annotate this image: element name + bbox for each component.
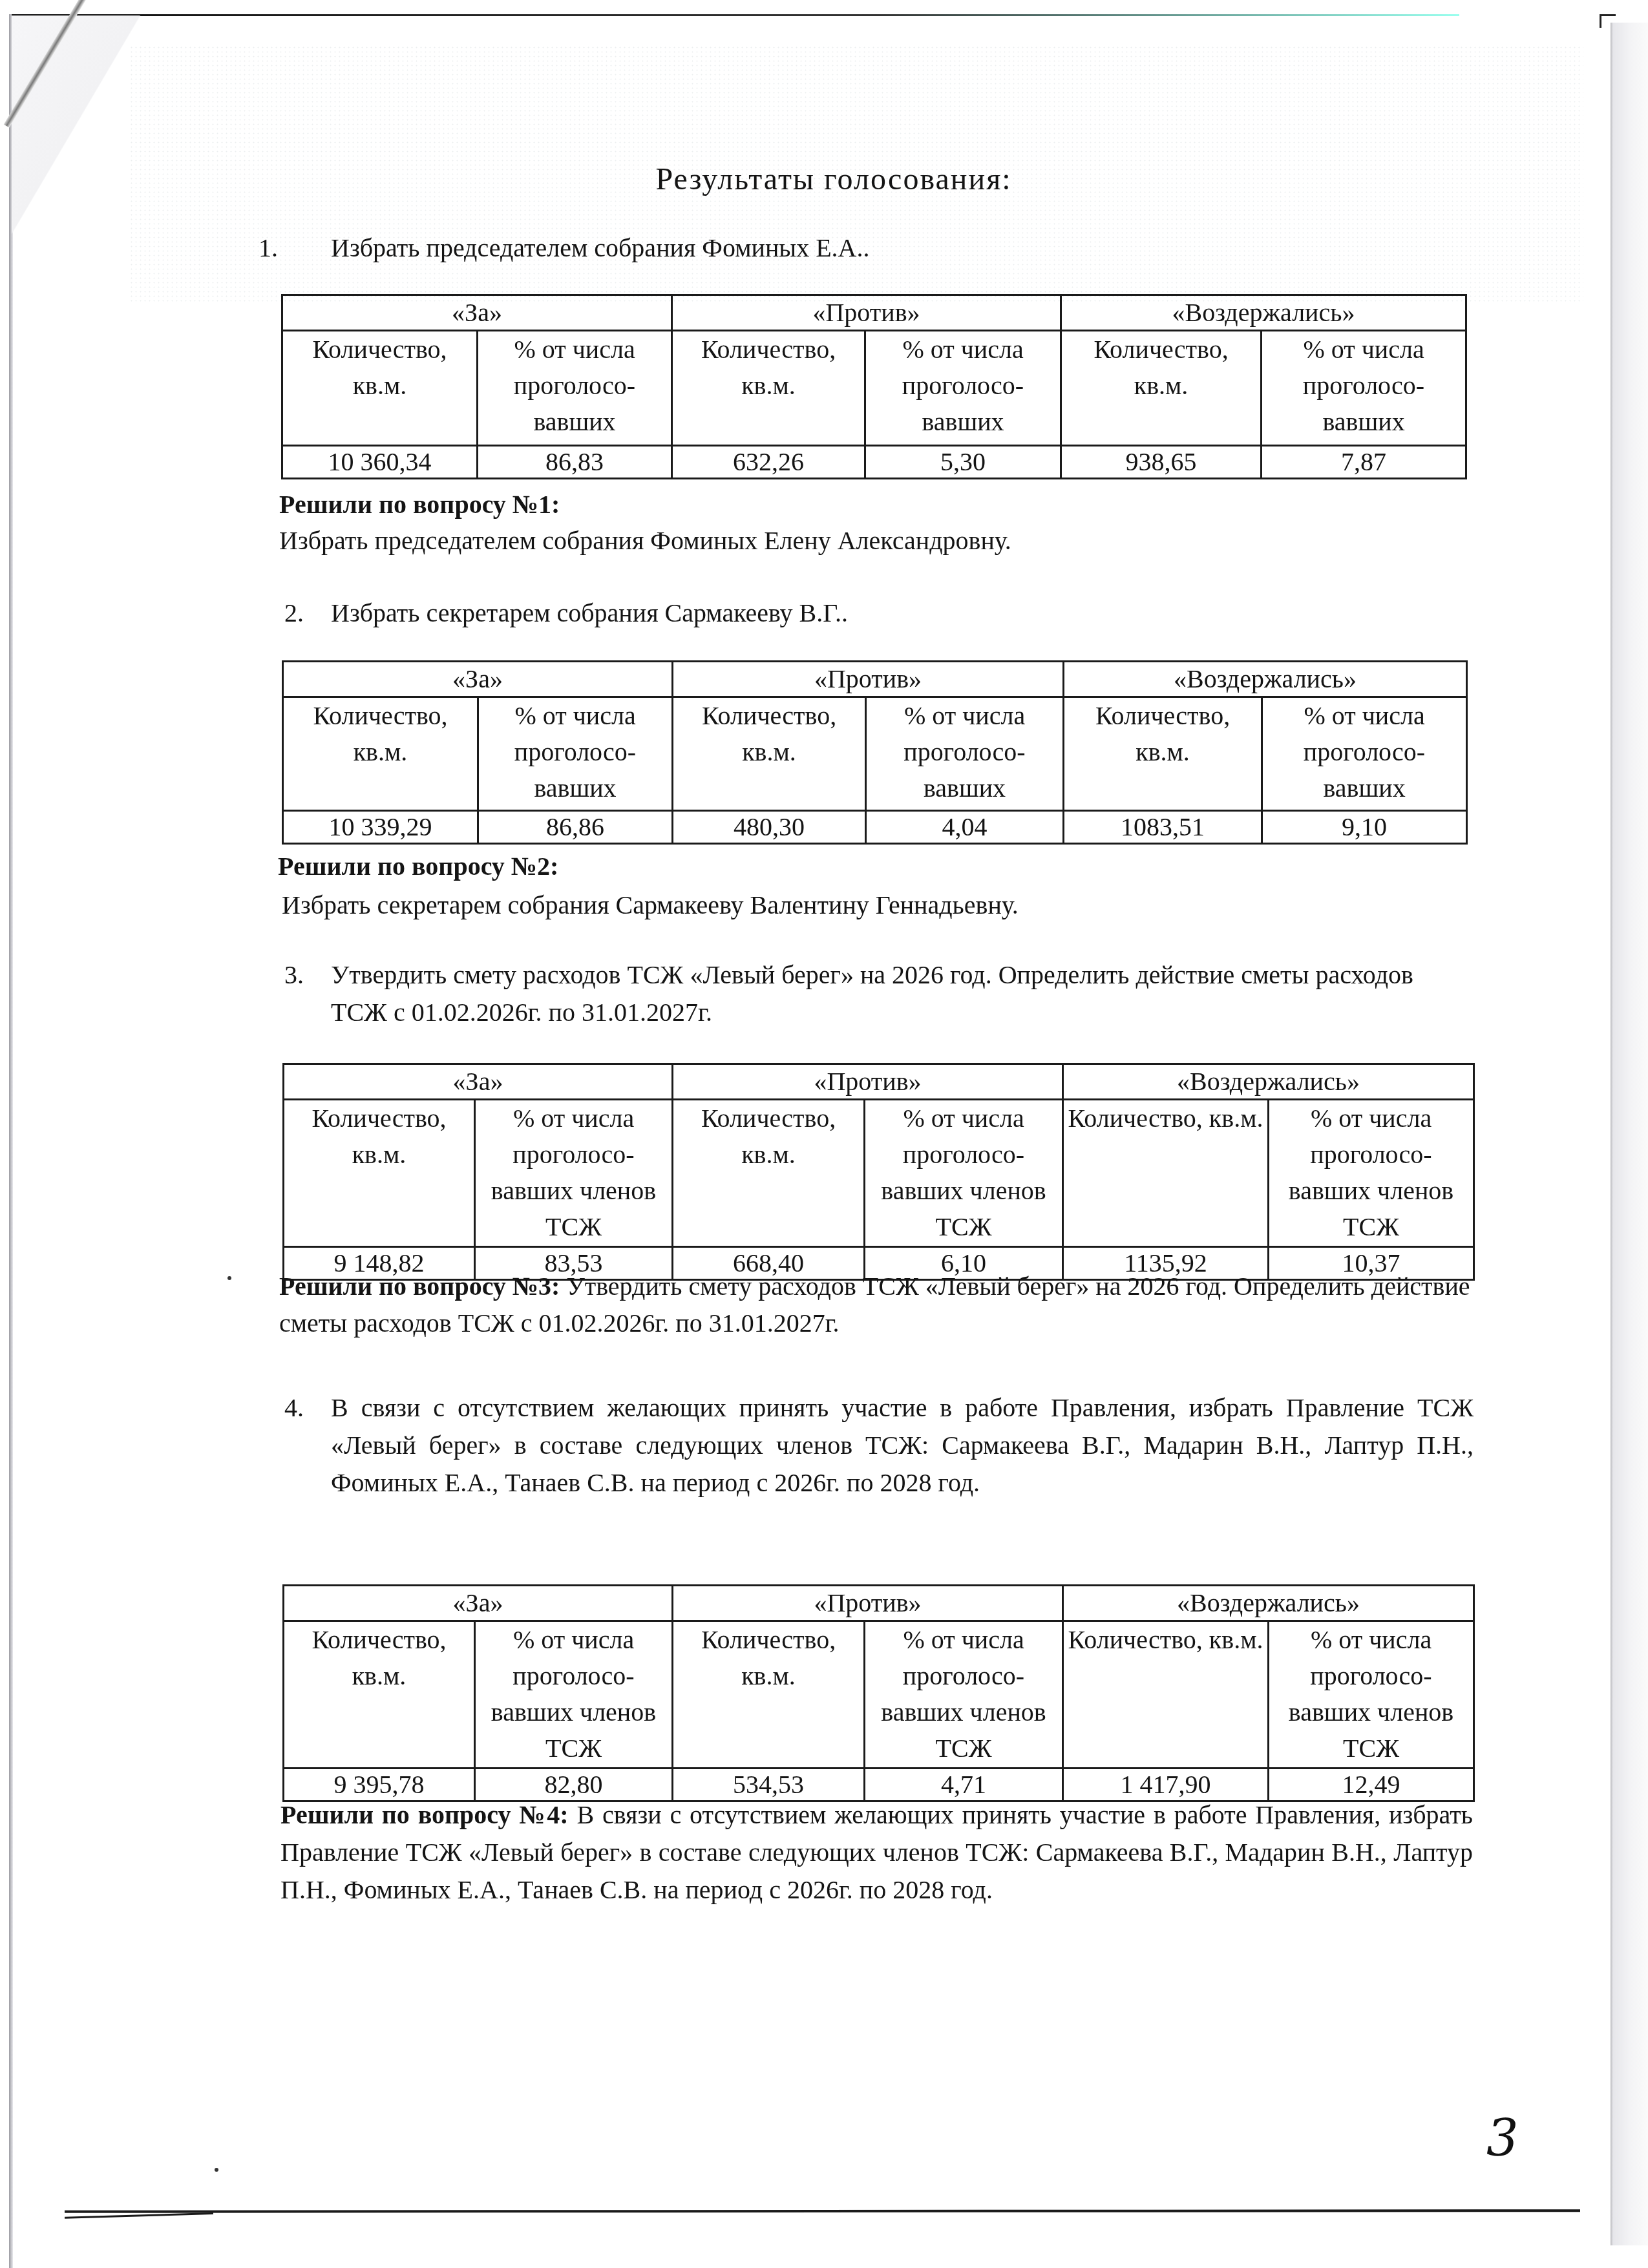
header-percent-members: % от числа проголосо- вавших членов ТСЖ: [865, 1621, 1063, 1769]
header-quantity: Количество, кв.м.: [673, 1621, 865, 1769]
results-table-2: «За» «Против» «Воздержались» Количество,…: [282, 660, 1468, 845]
question-text: Утвердить смету расходов ТСЖ «Левый бере…: [284, 956, 1467, 1031]
question-number: 1.: [259, 229, 278, 267]
against-percent: 5,30: [865, 446, 1061, 479]
header-quantity: Количество, кв.м.: [284, 1621, 475, 1769]
header-percent: % от числа проголосо- вавших: [1262, 697, 1467, 811]
header-quantity: Количество, кв.м.: [1064, 697, 1262, 811]
decision-label-3: Решили по вопросу №3:: [279, 1272, 560, 1301]
header-abstained: «Воздержались»: [1064, 662, 1467, 697]
question-text: В связи с отсутствием желающих принять у…: [284, 1389, 1474, 1502]
header-for: «За»: [283, 662, 673, 697]
header-abstained: «Воздержались»: [1061, 295, 1466, 331]
question-2: 2. Избрать секретарем собрания Сармакеев…: [284, 594, 1467, 632]
header-percent-members: % от числа проголосо- вавших членов ТСЖ: [1269, 1100, 1474, 1247]
question-text: Избрать секретарем собрания Сармакееву В…: [284, 594, 1467, 632]
abstained-quantity: 938,65: [1061, 446, 1262, 479]
header-percent-members: % от числа проголосо- вавших членов ТСЖ: [475, 1100, 673, 1247]
scan-edge-top: [12, 14, 1459, 16]
results-row: 10 339,29 86,86 480,30 4,04 1083,51 9,10: [283, 811, 1467, 844]
header-quantity: Количество, кв.м.: [284, 1100, 475, 1247]
header-quantity: Количество, кв.м.: [1063, 1621, 1269, 1769]
question-4: 4. В связи с отсутствием желающих принят…: [284, 1389, 1474, 1502]
for-percent: 86,83: [478, 446, 672, 479]
footer-rule: [65, 2209, 1580, 2213]
question-number: 3.: [284, 956, 304, 994]
scan-edge-right: [1611, 23, 1648, 2245]
for-quantity: 10 360,34: [282, 446, 478, 479]
for-quantity: 10 339,29: [283, 811, 478, 844]
scan-edge-left: [9, 14, 13, 2268]
header-percent: % от числа проголосо- вавших: [866, 697, 1064, 811]
decision-text-1: Избрать председателем собрания Фоминых Е…: [279, 522, 1011, 559]
abstained-percent: 7,87: [1262, 446, 1466, 479]
header-against: «Против»: [673, 1064, 1063, 1100]
header-quantity: Количество, кв.м.: [672, 331, 865, 446]
against-percent: 4,04: [866, 811, 1064, 844]
question-text: Избрать председателем собрания Фоминых Е…: [259, 229, 1467, 267]
decision-label-1: Решили по вопросу №1:: [279, 486, 560, 523]
question-1: 1. Избрать председателем собрания Фомины…: [259, 229, 1467, 267]
question-3: 3. Утвердить смету расходов ТСЖ «Левый б…: [284, 956, 1467, 1031]
header-abstained: «Воздержались»: [1063, 1064, 1474, 1100]
decision-label-4: Решили по вопросу №4:: [280, 1800, 569, 1829]
decision-4: Решили по вопросу №4: В связи с отсутств…: [280, 1796, 1473, 1909]
header-quantity: Количество, кв.м.: [282, 331, 478, 446]
header-percent: % от числа проголосо- вавших: [1262, 331, 1466, 446]
decision-text-2: Избрать секретарем собрания Сармакееву В…: [282, 887, 1019, 923]
header-percent-members: % от числа проголосо- вавших членов ТСЖ: [865, 1100, 1063, 1247]
header-percent-members: % от числа проголосо- вавших членов ТСЖ: [1269, 1621, 1474, 1769]
header-quantity: Количество, кв.м.: [283, 697, 478, 811]
question-number: 4.: [284, 1389, 304, 1427]
scan-speck: [215, 2168, 218, 2172]
header-percent: % от числа проголосо- вавших: [478, 331, 672, 446]
abstained-quantity: 1083,51: [1064, 811, 1262, 844]
for-percent: 86,86: [478, 811, 673, 844]
page-number: 3: [1486, 2110, 1519, 2168]
header-for: «За»: [284, 1586, 673, 1621]
decision-label-2: Решили по вопросу №2:: [278, 848, 558, 885]
header-percent-members: % от числа проголосо- вавших членов ТСЖ: [475, 1621, 673, 1769]
results-table-3: «За» «Против» «Воздержались» Количество,…: [282, 1063, 1475, 1281]
header-against: «Против»: [673, 662, 1064, 697]
header-against: «Против»: [672, 295, 1061, 331]
against-quantity: 632,26: [672, 446, 865, 479]
scan-speck: [227, 1276, 231, 1280]
folded-corner: [12, 16, 141, 235]
header-for: «За»: [284, 1064, 673, 1100]
header-percent: % от числа проголосо- вавших: [478, 697, 673, 811]
header-quantity: Количество, кв.м.: [673, 1100, 865, 1247]
header-quantity: Количество, кв.м.: [1061, 331, 1262, 446]
question-number: 2.: [284, 594, 304, 632]
decision-3: Решили по вопросу №3: Утвердить смету ра…: [279, 1268, 1472, 1341]
header-percent: % от числа проголосо- вавших: [865, 331, 1061, 446]
header-against: «Против»: [673, 1586, 1063, 1621]
footer-rule-skew: [65, 2212, 213, 2219]
results-table-1: «За» «Против» «Воздержались» Количество,…: [281, 294, 1467, 479]
results-row: 10 360,34 86,83 632,26 5,30 938,65 7,87: [282, 446, 1466, 479]
header-abstained: «Воздержались»: [1063, 1586, 1474, 1621]
header-quantity: Количество, кв.м.: [1063, 1100, 1269, 1247]
against-quantity: 480,30: [673, 811, 866, 844]
page-title: Результаты голосования:: [0, 162, 1648, 197]
results-table-4: «За» «Против» «Воздержались» Количество,…: [282, 1584, 1475, 1802]
scan-corner-mark: [1600, 14, 1616, 28]
header-quantity: Количество, кв.м.: [673, 697, 866, 811]
header-for: «За»: [282, 295, 672, 331]
abstained-percent: 9,10: [1262, 811, 1467, 844]
